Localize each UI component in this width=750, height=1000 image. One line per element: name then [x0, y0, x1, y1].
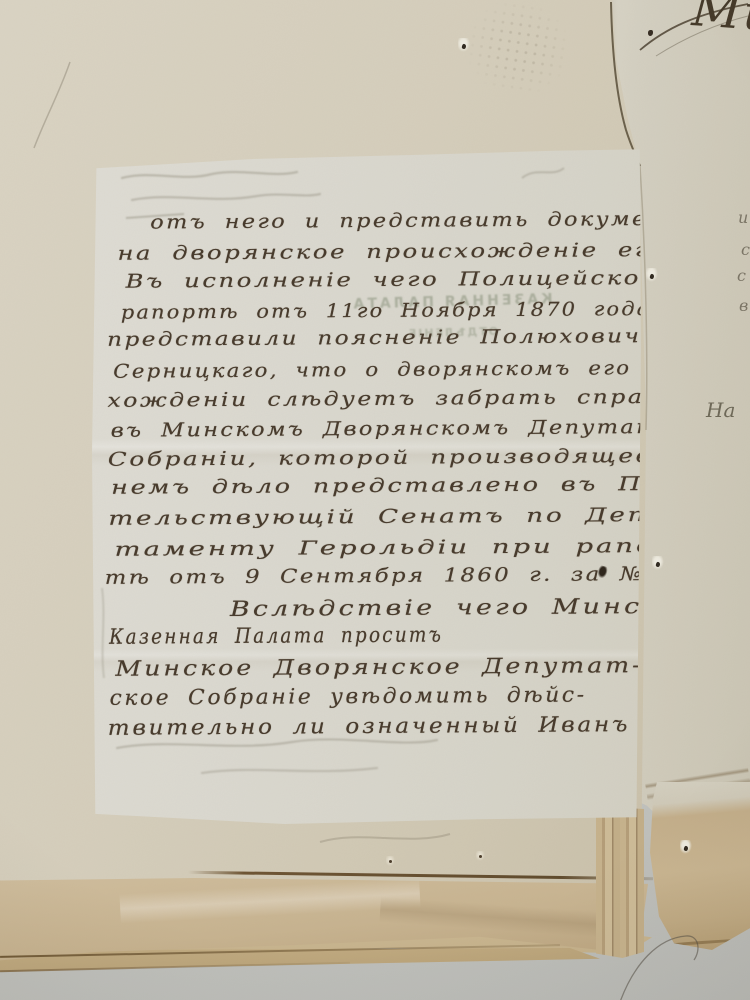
pin-dimple — [476, 851, 485, 861]
manuscript-line: Казенная Палата проситъ — [109, 622, 576, 655]
embossed-seal-dots — [462, 0, 574, 101]
right-page-fragment: и — [738, 208, 748, 227]
manuscript-line: ское Собраніе увѣдомить дѣйс- — [109, 681, 660, 714]
worm-hole — [680, 840, 692, 854]
manuscript-text: отъ него и представить документы на двор… — [100, 208, 634, 744]
right-page-fragment: с — [737, 266, 746, 285]
right-page-word: На — [706, 398, 735, 422]
right-page-fragment: в — [739, 296, 748, 315]
paper-crease — [119, 878, 420, 924]
overlay-letter: КАЗЕННАЯ ПАЛАТА ОТДѢЛЕНІЕ отъ него и пре… — [92, 148, 642, 824]
folded-sheet-corner — [596, 806, 644, 958]
worm-hole — [646, 268, 658, 282]
worm-hole — [458, 38, 470, 52]
right-page-fragment: с — [741, 240, 750, 259]
manuscript-line: твительно ли означенный Иванъ — [108, 712, 691, 746]
worm-hole — [652, 556, 664, 570]
pin-dimple — [386, 856, 395, 866]
bottom-right-paper-stack — [650, 782, 750, 950]
corner-flourish: Ми — [636, 0, 750, 60]
archive-photo: Ми На и с с в — [0, 0, 750, 1000]
paper-crease — [379, 896, 600, 937]
